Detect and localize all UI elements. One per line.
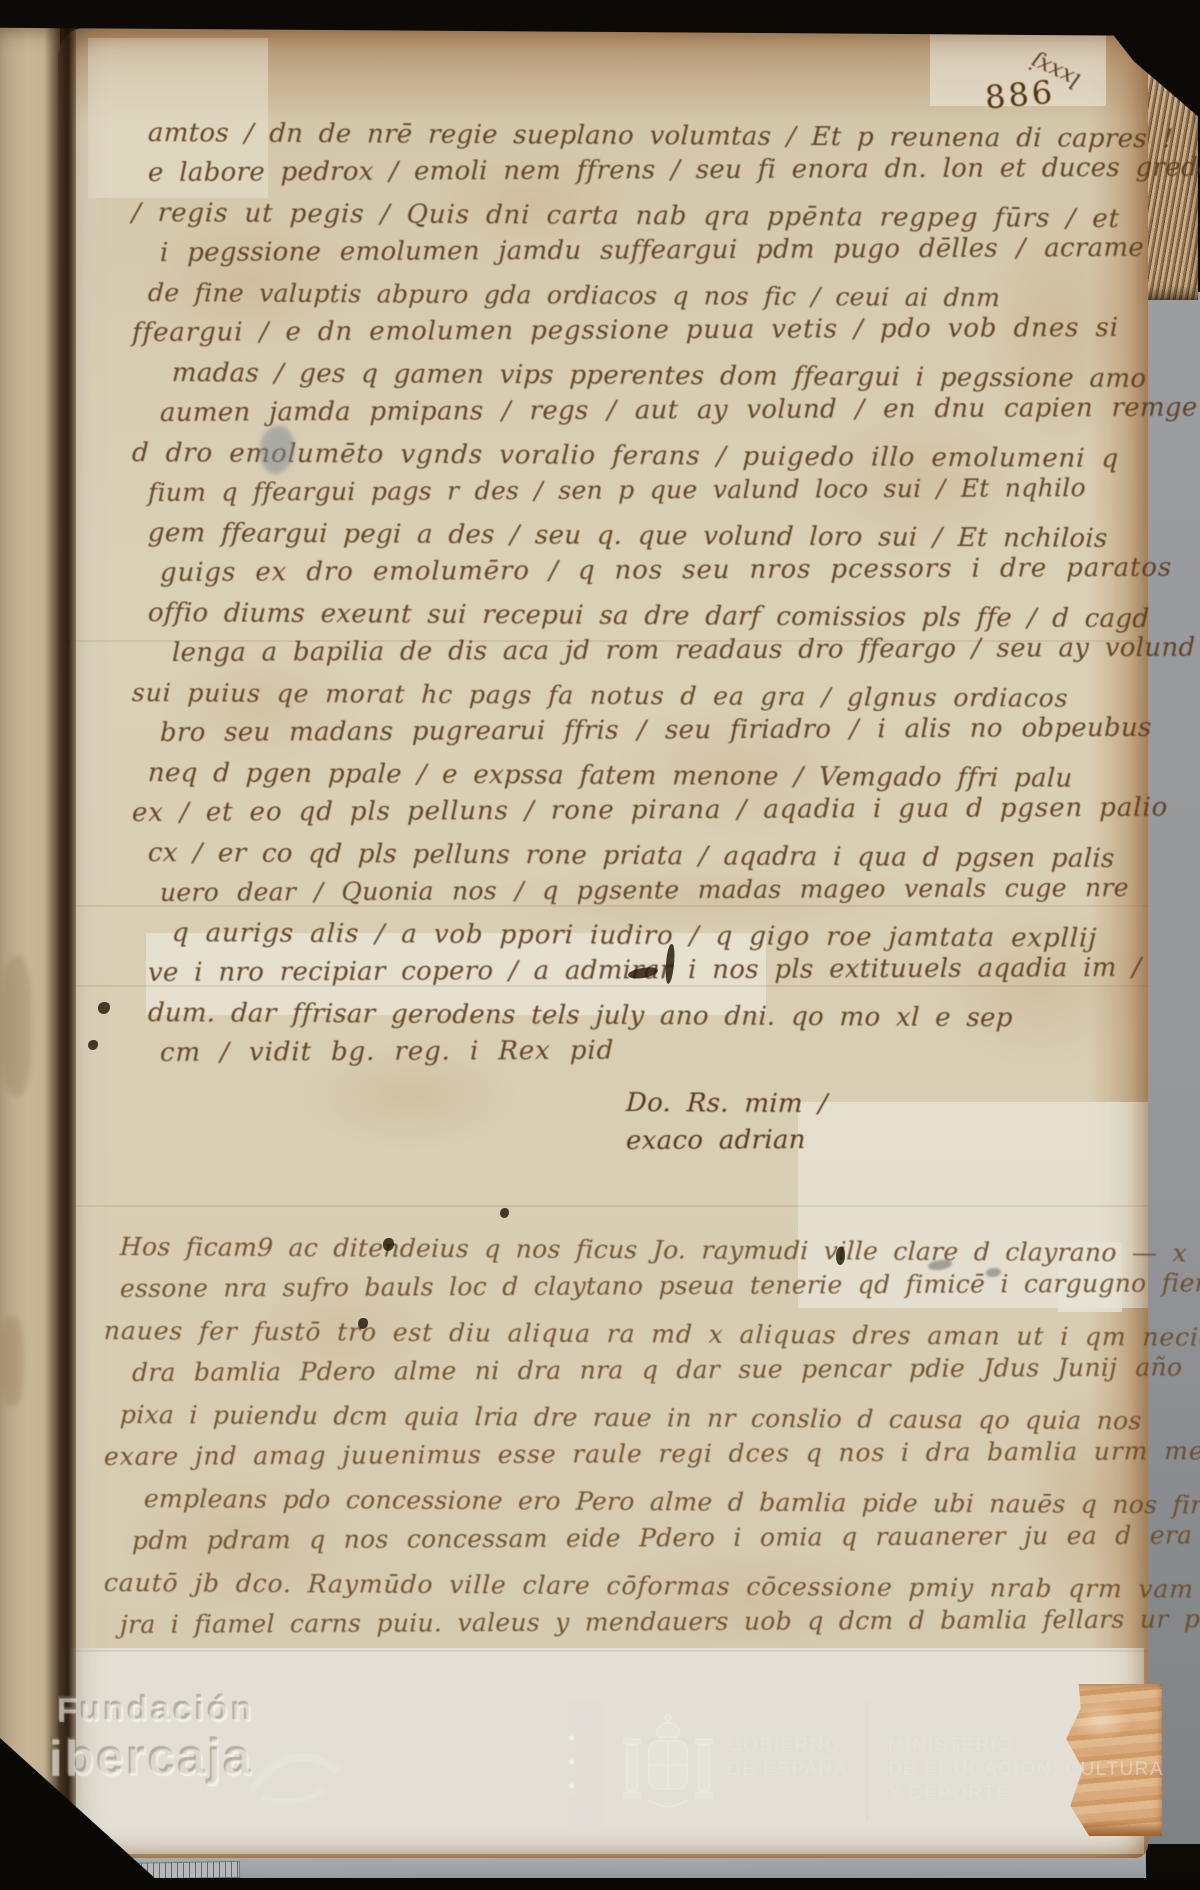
manuscript-line: empleans pdo concessione ero Pero alme d… <box>143 1486 1200 1518</box>
binding-gutter-shadow <box>44 26 76 1844</box>
manuscript-line: essone nra sufro bauls loc d claytano ps… <box>120 1270 1200 1301</box>
watermark-divider <box>866 1702 868 1820</box>
manuscript-line: offio diums exeunt sui recepui sa dre da… <box>147 600 1149 632</box>
manuscript-line: cx / er co qd pls pelluns rone priata / … <box>147 840 1115 872</box>
manuscript-line: cm / vidit bg. reg. i Rex pid <box>160 1038 614 1066</box>
funder-watermark-line2: ibercaja <box>48 1728 253 1786</box>
manuscript-line: de fine valuptis abpuro gda ordiacos q n… <box>147 280 1000 310</box>
government-line1: GOBIERNO <box>727 1734 848 1758</box>
manuscript-line: cautō jb dco. Raymūdo ville clare cōform… <box>103 1570 1194 1602</box>
ministry-line3: Y DEPORTE <box>888 1782 1164 1806</box>
manuscript-line: i pegssione emolumen jamdu suffeargui pd… <box>160 235 1144 266</box>
spain-flag-bar <box>578 1700 604 1826</box>
backdrop-bottom-band <box>0 1878 1200 1890</box>
manuscript-line: gem ffeargui pegi a des / seu q. que vol… <box>147 520 1108 552</box>
manuscript-line: pixa i puiendu dcm quia lria dre raue in… <box>119 1402 1142 1433</box>
spain-flag-bar-tab <box>566 1700 578 1730</box>
manuscript-line: guigs ex dro emolumēro / q nos seu nros … <box>160 555 1172 586</box>
manuscript-line: ffeargui / e dn emolumen pegssione puua … <box>132 315 1119 346</box>
manuscript-line: / regis ut pegis / Quis dni carta nab qr… <box>131 200 1120 232</box>
manuscript-line: exare jnd amag juuenimus esse raule regi… <box>104 1438 1200 1469</box>
spain-flag-bar-tab <box>566 1796 578 1826</box>
manuscript-line: lenga a bapilia de dis aca jd rom readau… <box>172 634 1200 666</box>
manuscript-line: sui puius qe morat hc pags fa notus d ea… <box>131 680 1068 711</box>
manuscript-line: jra i fiamel carns puiu. valeus y mendau… <box>120 1606 1200 1637</box>
manuscript-line: pdm pdram q nos concessam eide Pdero i o… <box>132 1522 1200 1553</box>
manuscript-line: dum. dar ffrisar gerodens tels july ano … <box>147 1000 1013 1031</box>
government-line2: DE ESPAÑA <box>727 1758 848 1782</box>
manuscript-line: aumen jamda pmipans / regs / aut ay volu… <box>160 395 1198 426</box>
docket-line: exaco adrian <box>626 1127 806 1154</box>
funder-watermark-line1: Fundación <box>56 1690 255 1729</box>
paper-crease <box>58 1205 1148 1207</box>
manuscript-line: ex / et eo qd pls pelluns / rone pirana … <box>132 795 1169 826</box>
star-icon: ★ <box>567 1757 576 1768</box>
manuscript-line: neq d pgen ppale / e expssa fatem menone… <box>147 760 1073 792</box>
ministry-line2: DE EDUCACIÓN, CULTURA <box>888 1758 1164 1782</box>
manuscript-line: q aurigs alis / a vob ppori iudiro / q g… <box>171 920 1097 952</box>
ink-showthrough <box>0 1316 24 1406</box>
manuscript-scan-page: 886 lxxxj amtos / dn de nrē regie suepla… <box>0 0 1200 1890</box>
manuscript-line: bro seu madans pugrearui ffris / seu fir… <box>160 715 1152 746</box>
ink-showthrough <box>2 956 32 1096</box>
government-watermark: GOBIERNO DE ESPAÑA <box>727 1734 848 1782</box>
manuscript-line: amtos / dn de nrē regie sueplano volumta… <box>147 120 1173 152</box>
manuscript-line: e labore pedrox / emoli nem ffrens / seu… <box>148 154 1200 186</box>
star-icon: ★ <box>567 1733 576 1744</box>
manuscript-line: madas / ges q gamen vips pperentes dom f… <box>171 360 1146 392</box>
manuscript-line: Hos ficam9 ac ditendeius q nos ficus Jo.… <box>119 1234 1200 1267</box>
ministry-line1: MINISTERIO <box>888 1734 1164 1758</box>
manuscript-line: uero dear / Quonia nos / q pgsente madas… <box>160 875 1129 905</box>
docket-line: Do. Rs. mim / <box>625 1090 828 1117</box>
manuscript-line: naues fer fustō tro est diu aliqua ra md… <box>103 1318 1200 1350</box>
manuscript-line: dra bamlia Pdero alme ni dra nra q dar s… <box>132 1354 1200 1385</box>
spain-coat-of-arms-icon <box>620 1706 716 1818</box>
star-icon: ★ <box>567 1781 576 1792</box>
paper-crease <box>58 1650 1148 1652</box>
ibercaja-swoosh-icon <box>248 1742 344 1806</box>
ministry-watermark: MINISTERIO DE EDUCACIÓN, CULTURA Y DEPOR… <box>888 1734 1164 1806</box>
manuscript-line: fium q ffeargui pags r des / sen p que v… <box>148 475 1086 505</box>
